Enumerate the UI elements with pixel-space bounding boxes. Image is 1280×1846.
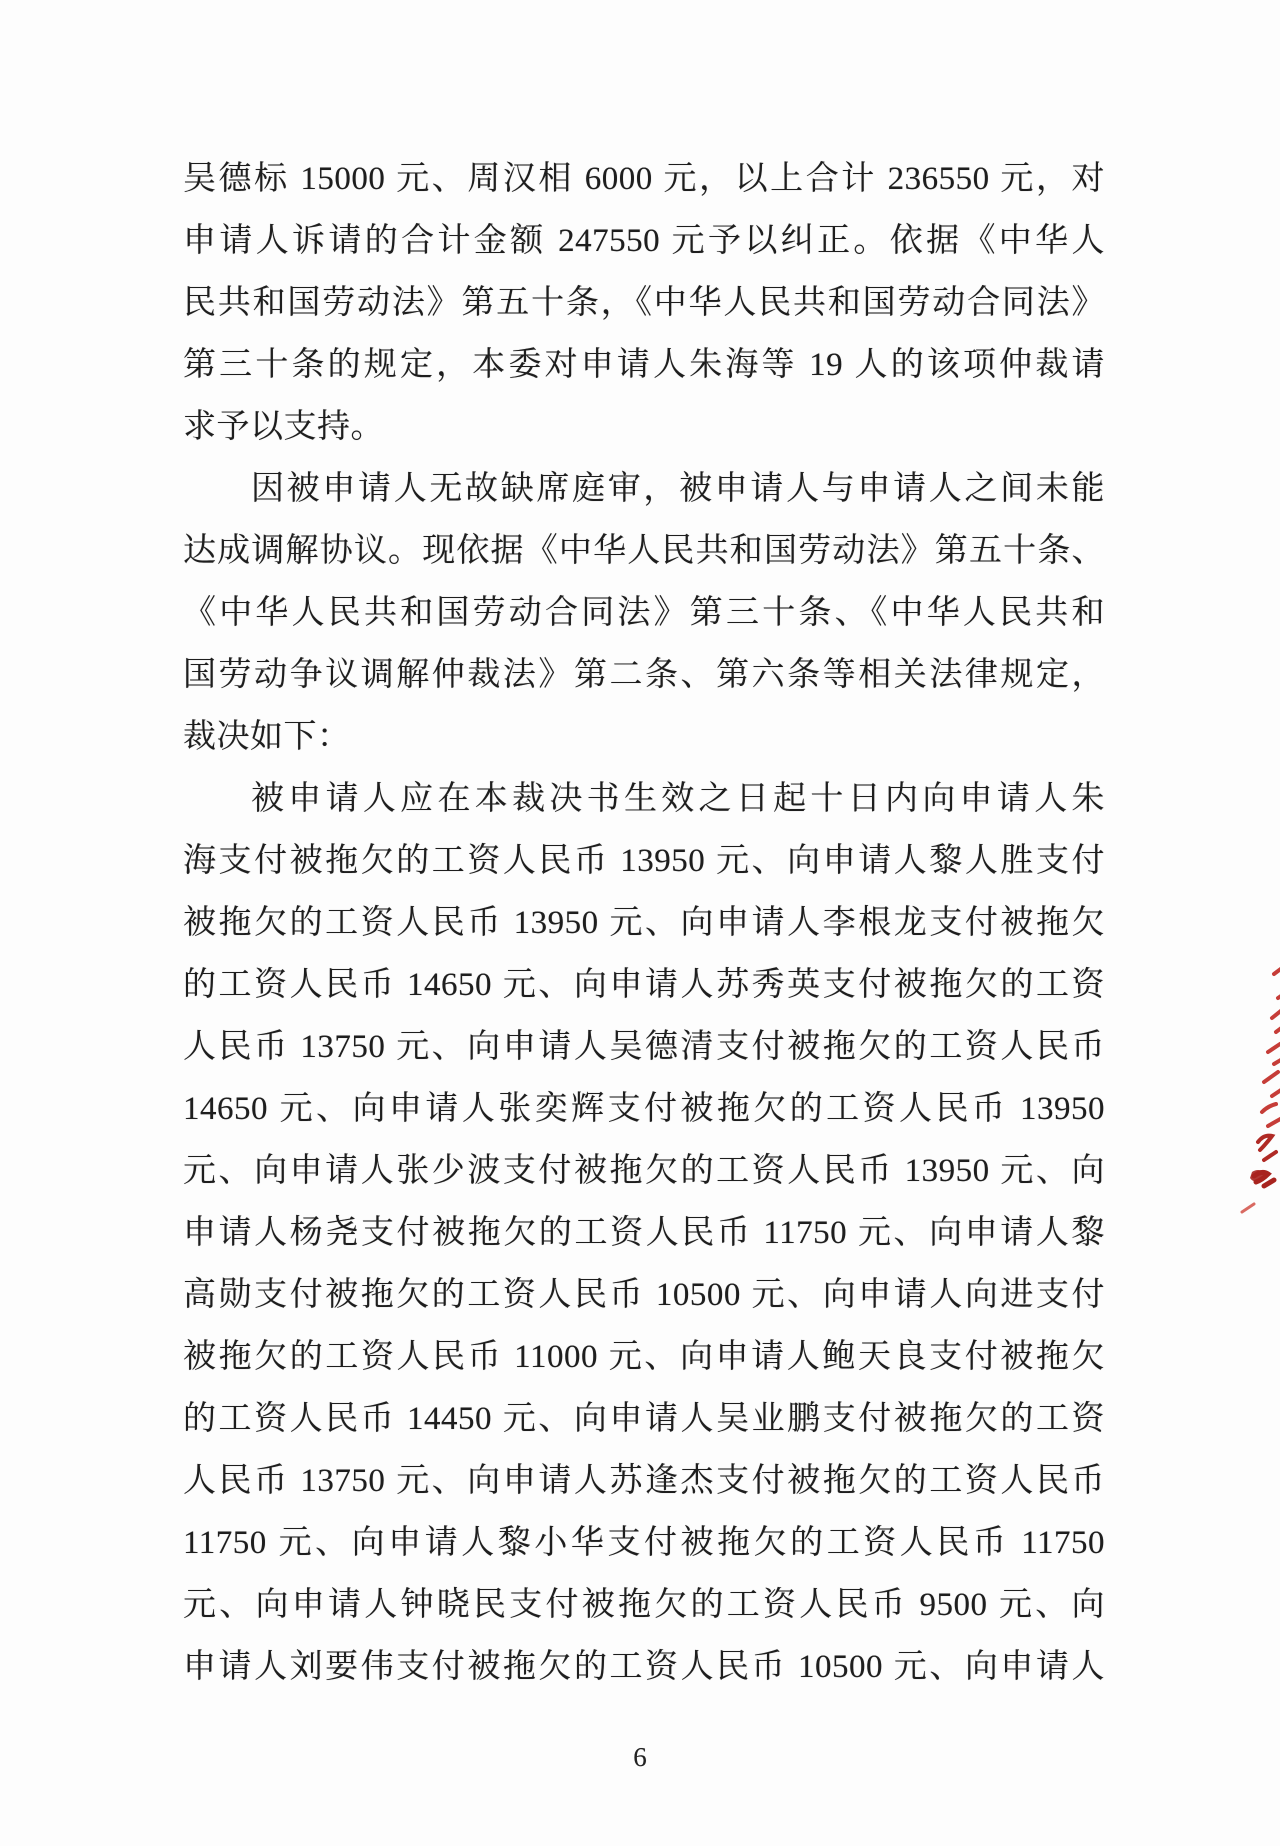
text-line: 求予以支持。 [183,396,1105,458]
text-line: 达成调解协议。现依据《中华人民共和国劳动法》第五十条、 [183,520,1105,582]
text-line: 因被申请人无故缺席庭审，被申请人与申请人之间未能 [183,458,1105,520]
text-line: 被申请人应在本裁决书生效之日起十日内向申请人朱 [183,768,1105,830]
text-line: 申请人刘要伟支付被拖欠的工资人民币 10500 元、向申请人 [183,1636,1105,1698]
text-line: 被拖欠的工资人民币 11000 元、向申请人鲍天良支付被拖欠 [183,1326,1105,1388]
text-line: 元、向申请人钟晓民支付被拖欠的工资人民币 9500 元、向 [183,1574,1105,1636]
text-line: 被拖欠的工资人民币 13950 元、向申请人李根龙支付被拖欠 [183,892,1105,954]
text-line: 裁决如下： [183,706,1105,768]
red-ink-scribble [1238,960,1280,1230]
text-line: 第三十条的规定，本委对申请人朱海等 19 人的该项仲裁请 [183,334,1105,396]
text-line: 的工资人民币 14450 元、向申请人吴业鹏支付被拖欠的工资 [183,1388,1105,1450]
text-line: 11750 元、向申请人黎小华支付被拖欠的工资人民币 11750 [183,1512,1105,1574]
text-line: 海支付被拖欠的工资人民币 13950 元、向申请人黎人胜支付 [183,830,1105,892]
page-number: 6 [0,1742,1280,1773]
text-line: 人民币 13750 元、向申请人苏逢杰支付被拖欠的工资人民币 [183,1450,1105,1512]
text-line: 申请人诉请的合计金额 247550 元予以纠正。依据《中华人 [183,210,1105,272]
text-line: 14650 元、向申请人张奕辉支付被拖欠的工资人民币 13950 [183,1078,1105,1140]
text-line: 《中华人民共和国劳动合同法》第三十条、《中华人民共和 [183,582,1105,644]
document-body-text: 吴德标 15000 元、周汉相 6000 元，以上合计 236550 元，对申请… [183,148,1105,1698]
scanned-document-page: 吴德标 15000 元、周汉相 6000 元，以上合计 236550 元，对申请… [0,0,1280,1846]
text-line: 高勋支付被拖欠的工资人民币 10500 元、向申请人向进支付 [183,1264,1105,1326]
text-line: 国劳动争议调解仲裁法》第二条、第六条等相关法律规定， [183,644,1105,706]
text-line: 吴德标 15000 元、周汉相 6000 元，以上合计 236550 元，对 [183,148,1105,210]
text-line: 人民币 13750 元、向申请人吴德清支付被拖欠的工资人民币 [183,1016,1105,1078]
text-line: 民共和国劳动法》第五十条，《中华人民共和国劳动合同法》 [183,272,1105,334]
text-line: 的工资人民币 14650 元、向申请人苏秀英支付被拖欠的工资 [183,954,1105,1016]
text-line: 申请人杨尧支付被拖欠的工资人民币 11750 元、向申请人黎 [183,1202,1105,1264]
text-line: 元、向申请人张少波支付被拖欠的工资人民币 13950 元、向 [183,1140,1105,1202]
